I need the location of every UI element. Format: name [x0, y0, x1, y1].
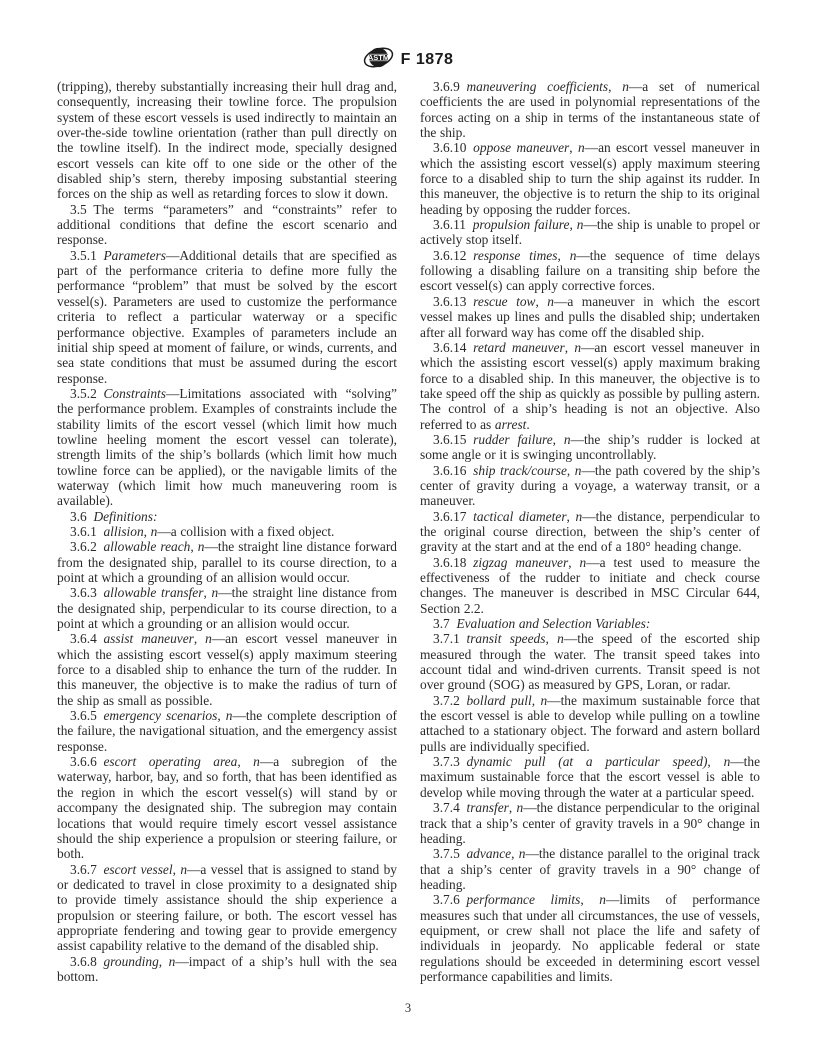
paragraph: 3.6.10 oppose maneuver, n—an escort vess… — [420, 140, 760, 217]
page-header: ASTM F 1878 — [0, 44, 816, 76]
svg-text:ASTM: ASTM — [367, 53, 388, 62]
paragraph: 3.6.17 tactical diameter, n—the distance… — [420, 509, 760, 555]
column-right: 3.6.9 maneuvering coefficients, n—a set … — [420, 79, 760, 984]
paragraph: 3.5 The terms “parameters” and “constrai… — [57, 202, 397, 248]
astm-logo-icon: ASTM — [363, 44, 394, 76]
paragraph: 3.7.2 bollard pull, n—the maximum sustai… — [420, 693, 760, 754]
paragraph: 3.6.9 maneuvering coefficients, n—a set … — [420, 79, 760, 140]
paragraph: 3.6.18 zigzag maneuver, n—a test used to… — [420, 555, 760, 616]
paragraph: 3.6.3 allowable transfer, n—the straight… — [57, 585, 397, 631]
paragraph: 3.6.4 assist maneuver, n—an escort vesse… — [57, 631, 397, 708]
page-number: 3 — [405, 1001, 411, 1015]
paragraph: 3.6.14 retard maneuver, n—an escort vess… — [420, 340, 760, 432]
paragraph: 3.6.11 propulsion failure, n—the ship is… — [420, 217, 760, 248]
paragraph: 3.6.7 escort vessel, n—a vessel that is … — [57, 862, 397, 954]
paragraph: 3.7.4 transfer, n—the distance perpendic… — [420, 800, 760, 846]
paragraph: 3.6.13 rescue tow, n—a maneuver in which… — [420, 294, 760, 340]
paragraph: 3.6.5 emergency scenarios, n—the complet… — [57, 708, 397, 754]
paragraph: 3.7.3 dynamic pull (at a particular spee… — [420, 754, 760, 800]
document-number: F 1878 — [401, 51, 454, 69]
paragraph: 3.6.1 allision, n—a collision with a fix… — [57, 524, 397, 539]
paragraph: 3.6.12 response times, n—the sequence of… — [420, 248, 760, 294]
paragraph: 3.7.5 advance, n—the distance parallel t… — [420, 846, 760, 892]
paragraph: 3.7 Evaluation and Selection Variables: — [420, 616, 760, 631]
paragraph: 3.7.1 transit speeds, n—the speed of the… — [420, 631, 760, 692]
paragraph: 3.6.2 allowable reach, n—the straight li… — [57, 539, 397, 585]
document-page: ASTM F 1878 (tripping), thereby substant… — [0, 0, 816, 1056]
paragraph: 3.6 Definitions: — [57, 509, 397, 524]
paragraph: 3.6.8 grounding, n—impact of a ship’s hu… — [57, 954, 397, 985]
page-footer: 3 — [0, 1001, 816, 1016]
paragraph: 3.7.6 performance limits, n—limits of pe… — [420, 892, 760, 984]
paragraph: (tripping), thereby substantially increa… — [57, 79, 397, 202]
body-text: (tripping), thereby substantially increa… — [57, 79, 760, 984]
paragraph: 3.6.16 ship track/course, n—the path cov… — [420, 463, 760, 509]
paragraph: 3.6.15 rudder failure, n—the ship’s rudd… — [420, 432, 760, 463]
paragraph: 3.5.1 Parameters—Additional details that… — [57, 248, 397, 386]
paragraph: 3.6.6 escort operating area, n—a subregi… — [57, 754, 397, 861]
paragraph: 3.5.2 Constraints—Limitations associated… — [57, 386, 397, 509]
column-left: (tripping), thereby substantially increa… — [57, 79, 397, 984]
